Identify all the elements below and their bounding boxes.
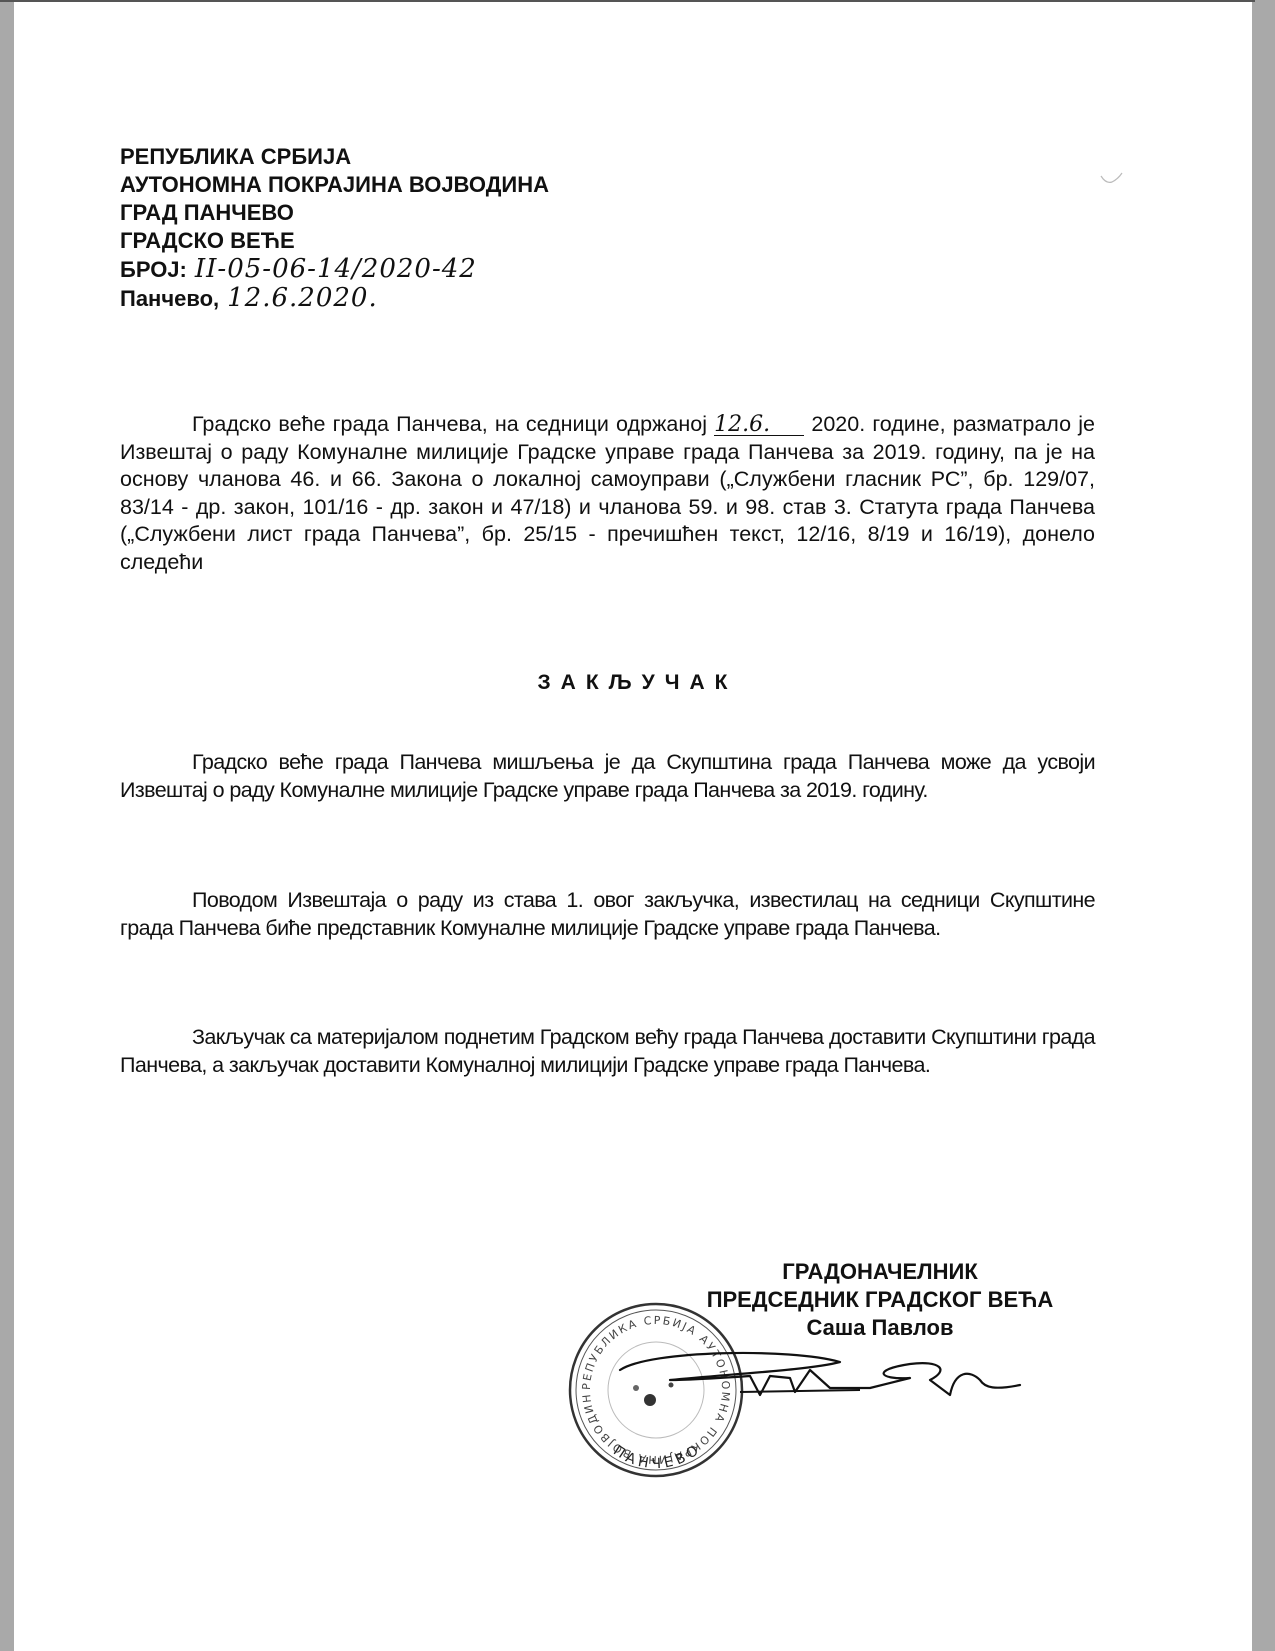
- checkmark-icon: [1098, 170, 1128, 190]
- header-line-council: ГРАДСКО ВЕЋЕ: [120, 227, 549, 255]
- session-date-field: 12.6.: [714, 415, 804, 436]
- conclusion-paragraph-2: Поводом Извештаја о раду из става 1. ово…: [120, 887, 1095, 942]
- header-line-city: ГРАД ПАНЧЕВО: [120, 199, 549, 227]
- place-label: Панчево,: [120, 286, 219, 311]
- document-title: ЗАКЉУЧАК: [0, 671, 1275, 695]
- header-line-province: АУТОНОМНА ПОКРАЈИНА ВОЈВОДИНА: [120, 171, 549, 199]
- date-value: 12.6.2020.: [227, 283, 378, 313]
- conclusion-paragraph-3: Закључак са материјалом поднетим Градско…: [120, 1024, 1095, 1079]
- number-value: II-05-06-14/2020-42: [195, 254, 477, 284]
- header-place-row: Панчево,12.6.2020.: [120, 284, 549, 313]
- signature-block: ГРАДОНАЧЕЛНИК ПРЕДСЕДНИК ГРАДСКОГ ВЕЋА С…: [640, 1258, 1120, 1342]
- paragraph-text: Закључак са материјалом поднетим Градско…: [120, 1025, 1095, 1077]
- preamble-paragraph: Градско веће града Панчева, на седници о…: [120, 411, 1095, 576]
- paragraph-text: Поводом Извештаја о раду из става 1. ово…: [120, 888, 1095, 940]
- signer-name: Саша Павлов: [640, 1314, 1120, 1342]
- header-line-republic: РЕПУБЛИКА СРБИЈА: [120, 143, 549, 171]
- signer-title-mayor: ГРАДОНАЧЕЛНИК: [640, 1258, 1120, 1286]
- scan-edge-top: [0, 0, 1255, 2]
- preamble-text-after: 2020. године, разматрало је Извештај о р…: [120, 412, 1095, 574]
- scan-edge-left: [0, 0, 14, 1651]
- signer-title-president: ПРЕДСЕДНИК ГРАДСКОГ ВЕЋА: [640, 1286, 1120, 1314]
- paragraph-text: Градско веће града Панчева мишљења је да…: [120, 750, 1095, 802]
- preamble-text-before: Градско веће града Панчева, на седници о…: [192, 412, 707, 436]
- number-label: БРОЈ:: [120, 257, 187, 282]
- header-number-row: БРОЈ:II-05-06-14/2020-42: [120, 255, 549, 284]
- document-header: РЕПУБЛИКА СРБИЈА АУТОНОМНА ПОКРАЈИНА ВОЈ…: [120, 143, 549, 313]
- conclusion-paragraph-1: Градско веће града Панчева мишљења је да…: [120, 749, 1095, 804]
- handwritten-signature: [610, 1340, 1030, 1410]
- scan-edge-right: [1252, 0, 1275, 1651]
